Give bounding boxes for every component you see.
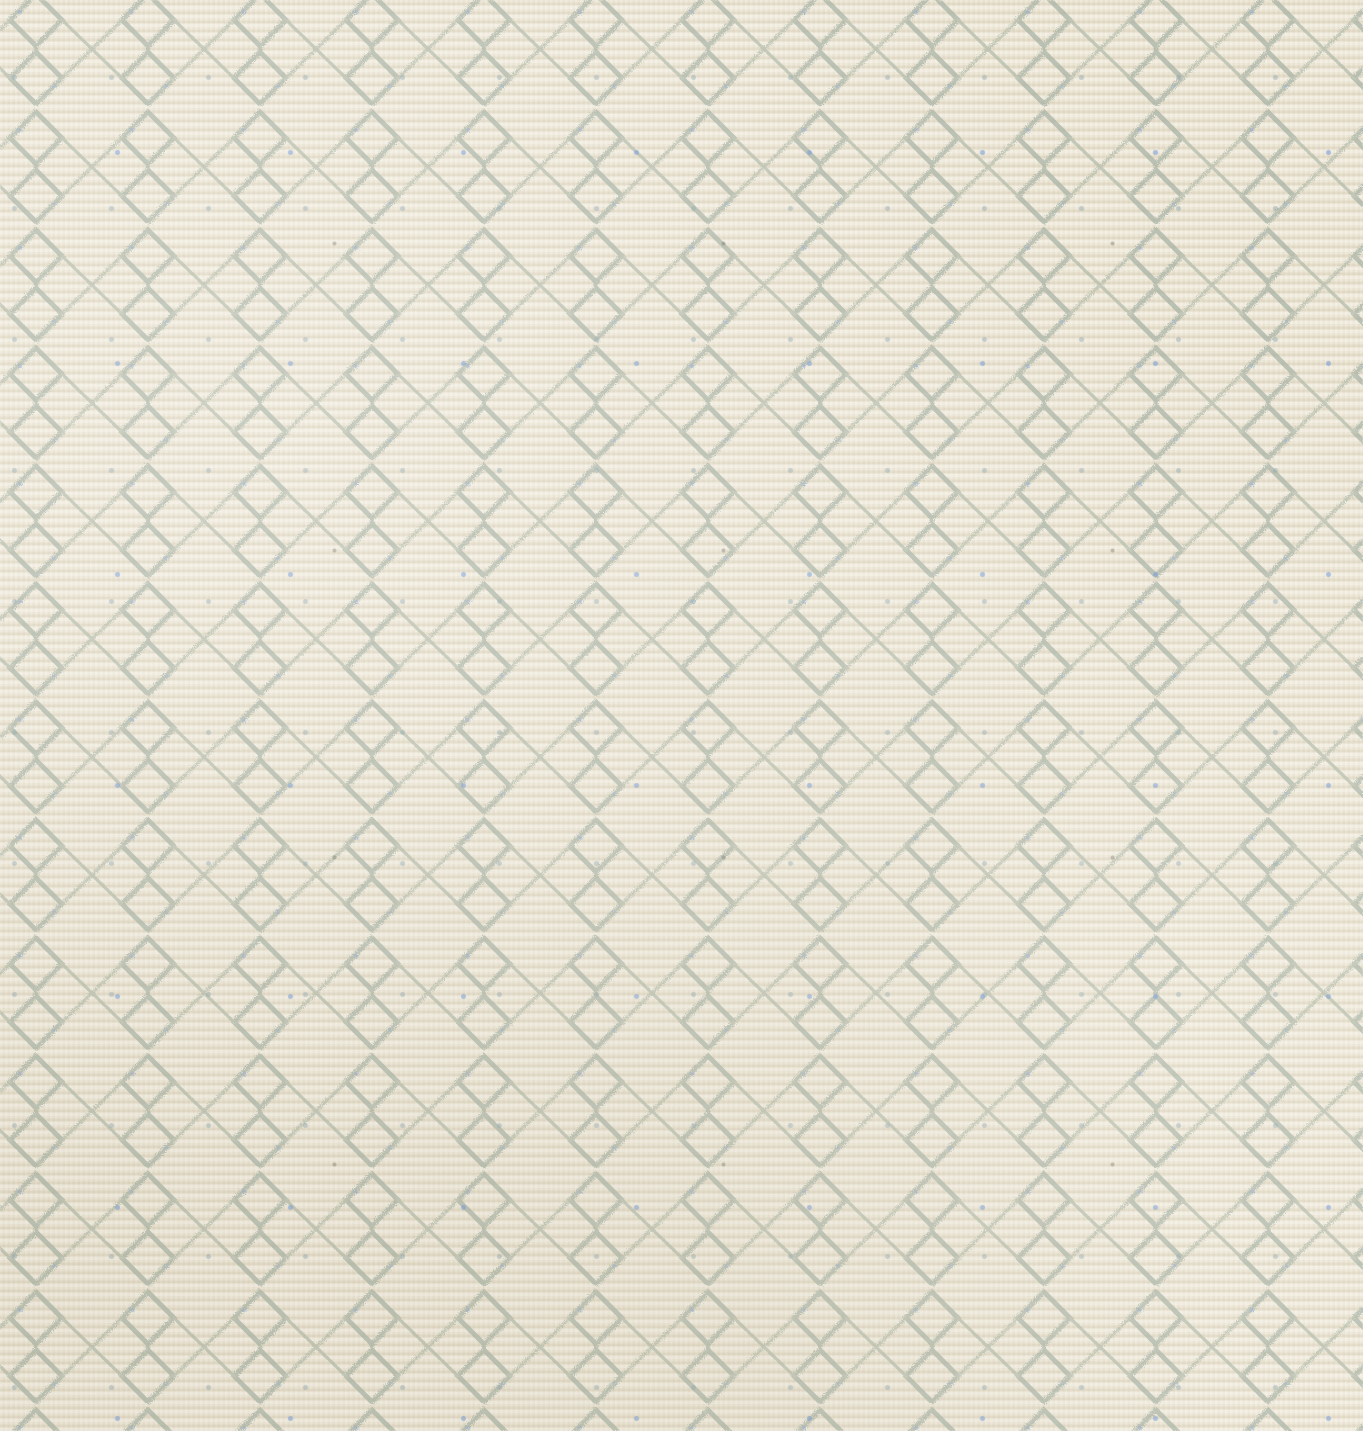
lighting-variation bbox=[0, 0, 1363, 1431]
rug-photo bbox=[0, 0, 1363, 1431]
